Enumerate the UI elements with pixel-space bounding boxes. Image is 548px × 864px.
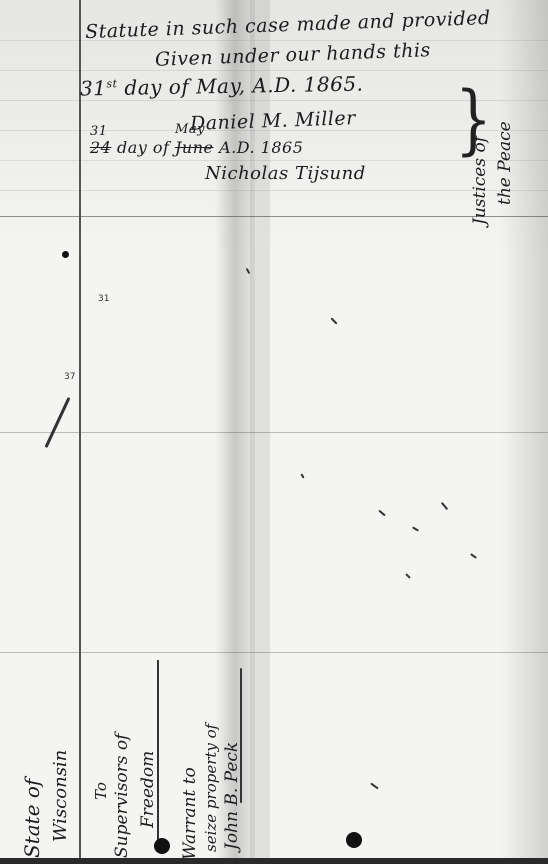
punch-hole [346,832,362,848]
fold-line [0,432,548,433]
side-note-justices: Justices of [470,136,490,225]
ink-speck [441,502,448,510]
endorsement-county: Wisconsin [50,750,71,842]
endorsement-property: seize property of [202,724,220,852]
endorsement-owner: John B. Peck [222,742,242,850]
margin-number: 31 [98,294,109,304]
ink-speck [300,473,304,478]
inserted-month: May [175,122,205,137]
ink-speck [470,553,477,559]
ink-dot [62,251,69,258]
endorsement-divider-line [157,660,159,850]
document-page: Statute in such case made and provided G… [0,0,548,864]
ink-speck [405,573,411,579]
ruled-line [0,70,548,71]
ink-speck [378,510,385,517]
signature-nicholas: Nicholas Tijsund [205,163,366,184]
endorsement-state: State of [20,779,44,858]
fold-line [0,652,548,653]
page-bottom-edge [0,858,548,864]
date-year: A.D. 1865 [219,138,303,157]
date-rest: day of May, A.D. 1865. [124,72,363,100]
ink-speck [412,526,419,531]
endorsement-flourish [240,668,242,803]
side-note-peace: the Peace [495,121,515,205]
endorsement-supervisors: Supervisors of [112,734,132,858]
struck-day: 24 [90,138,111,157]
date-day-suffix: st [106,77,117,90]
ink-speck [330,317,337,324]
pen-stroke-mark [45,397,71,448]
date-day: 31 [80,76,107,100]
margin-rule [79,0,81,864]
endorsement-to: To [92,782,110,800]
struck-month: June [175,138,214,157]
ruled-line [0,40,548,41]
margin-number: 37 [64,372,75,382]
fold-line [0,216,548,217]
ink-speck [370,783,379,790]
ruled-line [0,190,548,191]
endorsement-warrant: Warrant to [180,767,200,860]
day-of-text: day of [117,138,169,157]
signature-date: 31 24 day of May June A.D. 1865 [90,138,303,157]
endorsement-town: Freedom [138,751,158,828]
corrected-day: 31 [90,124,108,139]
punch-hole [154,838,170,854]
text-line-date: 31st day of May, A.D. 1865. [80,72,364,101]
